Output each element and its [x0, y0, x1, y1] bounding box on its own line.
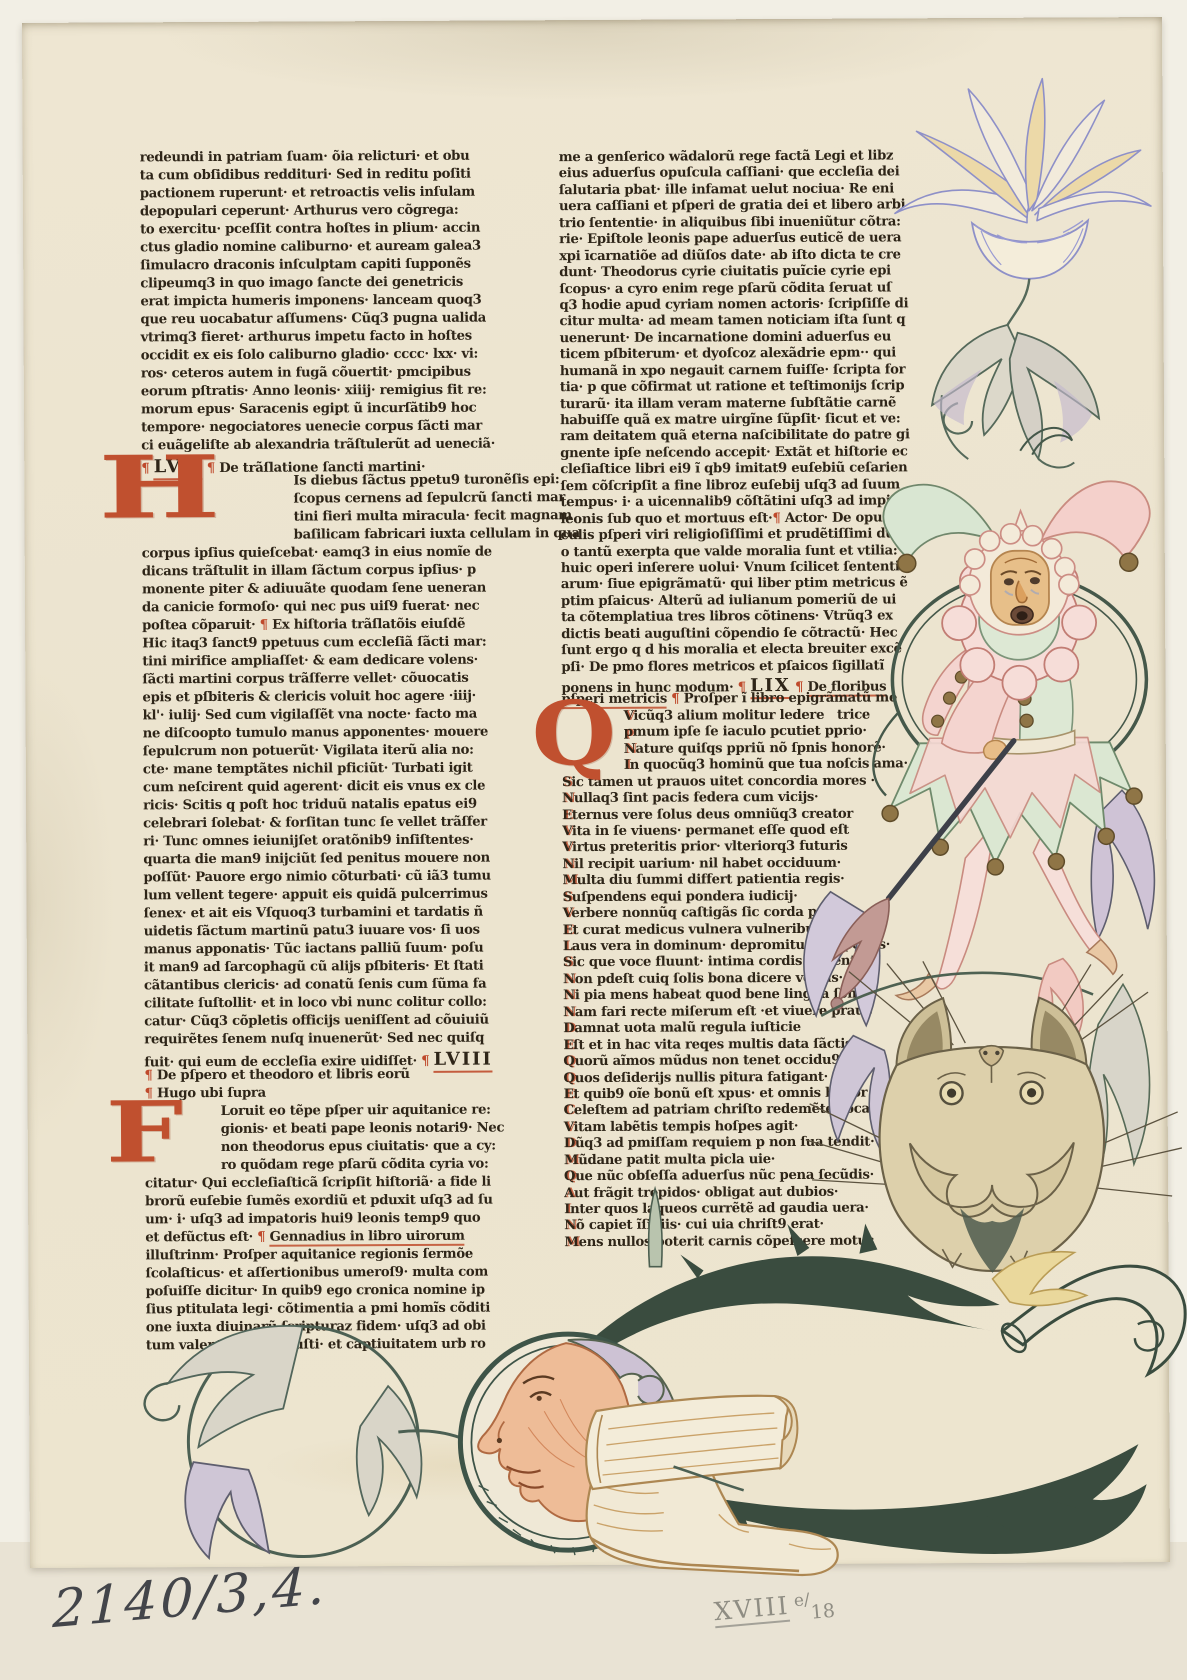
flower-cup: [972, 220, 1088, 279]
verse-capital: N: [562, 857, 574, 872]
text-line: ¶ Hugo ubi ſupra: [145, 1084, 505, 1104]
text-line: gionis· et beati pape leonis notari9· Ne…: [145, 1120, 505, 1140]
shelfmark-handwriting: 2140/3,4.: [52, 1556, 328, 1640]
left-text-column: redeundi in patriam ſuam· õia relicturi·…: [140, 148, 506, 1356]
text-line: it man9 ad ſarcophagũ cũ alijs pſbiteris…: [144, 958, 504, 978]
verse-capital: L: [563, 939, 572, 954]
text-line: tia· p que cõfirmat ut ratione et teſtim…: [560, 378, 920, 396]
text-line: redeundi in patriam ſuam· õia relicturi·…: [140, 148, 500, 168]
text-line: cilitate ſuſtollit· et in loco vbi nunc …: [144, 994, 504, 1014]
text-line: clipeumq3 in quo imago ſancte dei genetr…: [140, 274, 500, 294]
text-line: me a genſerico wãdalorũ rege factã Legi …: [559, 148, 919, 166]
text-line: xpi īcarnatiõe ad diũſos date· ab iſto d…: [559, 247, 919, 265]
column-gap-spike: [648, 1189, 662, 1267]
text-line: requirẽtes ſenem nuſq inuenerũt· Sed nec…: [144, 1030, 504, 1050]
text-line: ne diſcoopto tumulo manus apponentes· mo…: [143, 724, 503, 744]
text-line: dunt· Theodorus cyrie ciuitatis puĩcie c…: [559, 263, 919, 281]
jester-illustration: [768, 412, 1187, 1034]
text-line: tempore· negociatores uenecie corpus ſãc…: [141, 418, 501, 438]
text-line: Loruit eo tẽpe pſper uir aquitanice re:: [145, 1102, 505, 1122]
text-line: epis et pſbiteris & clericis voluit hoc …: [142, 688, 502, 708]
text-line: uenerunt· De incarnatione domini aduerſu…: [560, 329, 920, 347]
text-line: lum vellent tegere· appuit eis quidã pul…: [143, 886, 503, 906]
text-line: celebrari ſolebat· & forſitan tunc ſe ve…: [143, 814, 503, 834]
text-line: kl'· iulij· Sed cum vigilaſſẽt vna nocte…: [143, 706, 503, 726]
text-line: corpus ipſius quieſcebat· eamq3 in eius …: [142, 544, 502, 564]
text-line: turarũ· ita illam veram materne ſubſtãti…: [560, 395, 920, 413]
text-line: humanã in xpo negauit carnem fuiſſe· ſcr…: [560, 362, 920, 380]
text-line: vtrimq3 fieret· arthurus impetu facto in…: [141, 328, 501, 348]
verse-capital: E: [562, 808, 572, 823]
text-line: pactionem ruperunt· et retroactis velis …: [140, 184, 500, 204]
text-line: ticem pſbiterum· et dyoſcoz alexãdrie ep…: [560, 346, 920, 364]
text-line: fuit· qui eum de eccleſia exire uidiſſet…: [144, 1048, 504, 1068]
verse-capital: N: [563, 988, 575, 1003]
verse-capital: p: [624, 725, 633, 740]
text-line: tini mirifice ampliaſſet· & eam dedicare…: [142, 652, 502, 672]
text-line: monente piter & adiuuãte quodam ſene uen…: [142, 580, 502, 600]
verse-capital: V: [563, 906, 572, 921]
text-line: cãtantibus clericis· ad conatũ ſenis cum…: [144, 976, 504, 996]
text-line: catur· Cũq3 cõpletis officijs ueniſſent …: [144, 1012, 504, 1032]
verse-capital: N: [563, 972, 575, 987]
verse-capital: Q: [563, 1054, 574, 1069]
text-line: to exercitu· pceſſit contra hoſtes in pl…: [140, 220, 500, 240]
inventory-pencil-mark: XVIII e/18: [713, 1587, 836, 1632]
text-line: trio ſententie· in aliquibus ſibi inueni…: [559, 214, 919, 232]
text-line: da canicie formoſo· qui nec pus uiſ9 fue…: [142, 598, 502, 618]
text-line: poſſũt· Pauore ergo nimio cõturbati· cũ …: [143, 868, 503, 888]
text-line: manus apponatis· Tũc iactans palliũ ſuum…: [144, 940, 504, 960]
text-line: ricis· Scitis q poſt hoc triduũ natalis …: [143, 796, 503, 816]
text-line: ta cum obſidibus reddituri· Sed in redit…: [140, 166, 500, 186]
text-line: ri· Tunc omnes ieiunijſet oratõnib9 inſi…: [143, 832, 503, 852]
verse-capital: V: [562, 824, 572, 839]
text-line: uidetis ſãctum martinũ patu3 iuuare vos·…: [144, 922, 504, 942]
text-line: cte· mane temptãtes nichil pficiũt· Turb…: [143, 760, 503, 780]
banderole-scroll: [586, 1396, 798, 1489]
verse-capital: D: [564, 1136, 575, 1151]
text-line: ſenex· et ait eis Vſquoq3 turbamini et t…: [144, 904, 504, 924]
inventory-roman-numeral: XVIII: [713, 1591, 791, 1628]
text-line: morum epus· Saracenis egipt ũ incurſãtib…: [141, 400, 501, 420]
verse-capital: S: [563, 956, 572, 971]
verse-capital: N: [624, 742, 636, 757]
text-line: q3 hodie apud cyriam nomen actoris· ſcri…: [559, 296, 919, 314]
acanthus-circle: [144, 1325, 461, 1558]
drop-cap-Q: Q: [532, 698, 617, 769]
gold-leaf: [992, 1252, 1086, 1306]
verse-capital: E: [564, 1087, 574, 1102]
drop-cap-H: H: [98, 454, 220, 523]
text-line: occidit ex eis ſolo caliburno gladio· cc…: [141, 346, 501, 366]
text-line: dicans trãſtulit in illam ſãctum corpus …: [142, 562, 502, 582]
verse-capital: E: [563, 1038, 573, 1053]
text-line: quarta die man9 inijciũt ſed penitus mou…: [143, 850, 503, 870]
verse-capital: M: [564, 1153, 578, 1168]
verse-capital: M: [562, 873, 576, 888]
text-line: eorum pſtratis· Anno leonis· xiiij· remi…: [141, 382, 501, 402]
text-line: Hic itaq3 ſanct9 ppetuus cum eccleſiã ſã…: [142, 634, 502, 654]
text-line: uera caſſiani et pſperi de gratia dei et…: [559, 198, 919, 216]
text-line: ros· ceteros autem in fugã cõuertit· pmc…: [141, 364, 501, 384]
text-line: cum neſcirent quid agerent· dicit eis vn…: [143, 778, 503, 798]
inventory-superscript: e/: [793, 1590, 810, 1611]
text-line: eius aduerſus opuſcula caſſiani· que ecc…: [559, 165, 919, 183]
text-line: poſtea cõparuit· ¶ Ex hiſtoria trãſlatõi…: [142, 616, 502, 636]
text-line: non theodorus epus ciuitatis· que a cy:: [145, 1138, 505, 1158]
verse-capital: Q: [564, 1169, 575, 1184]
verse-capital: Q: [563, 1071, 574, 1086]
text-line: ſepulcrum non potuerũt· Vigilata iterũ a…: [143, 742, 503, 762]
verse-capital: S: [563, 890, 572, 905]
verse-capital: E: [563, 923, 573, 938]
text-line: citur multa· ad meam tamen noticiam iſta…: [559, 313, 919, 331]
text-line: ſalutaria pbat· ille infamat uelut nociu…: [559, 181, 919, 199]
verse-capital: C: [564, 1103, 574, 1118]
verse-capital: V: [624, 709, 634, 724]
bottom-border-illustration: [97, 1182, 1187, 1583]
text-line: ctus gladio nomine caliburno· et auream …: [140, 238, 500, 258]
manuscript-page: redeundi in patriam ſuam· õia relicturi·…: [22, 17, 1170, 1568]
verse-capital: V: [564, 1120, 574, 1135]
text-line: ſcopus· a cyro enim rege pſarũ cõdita ſe…: [559, 280, 919, 298]
verse-capital: N: [563, 1005, 575, 1020]
text-line: ro quõdam rege pſarũ cõdita cyria vo:: [145, 1156, 505, 1176]
text-line: ſãcti martini corpus trãſferre vellet· c…: [142, 670, 502, 690]
text-line: que reu uocabatur aſſumens· Cũq3 pugna u…: [140, 310, 500, 330]
verse-capital: N: [562, 791, 574, 806]
verse-capital: V: [562, 841, 572, 856]
text-line: rie· Epiſtole leonis pape aduerſus eutic…: [559, 230, 919, 248]
text-line: depopulari ceperunt· Arthurus vero cõgre…: [140, 202, 500, 222]
drop-cap-F: F: [106, 1098, 184, 1166]
verse-capital: I: [624, 758, 630, 773]
inventory-subscript: 18: [810, 1600, 836, 1624]
text-line: ſimulacro draconis inſculptam capiti ſup…: [140, 256, 500, 276]
verse-capital: D: [563, 1021, 574, 1036]
scanned-leaf: 2140/3,4. XVIII e/18 redeundi in patriam…: [0, 0, 1187, 1680]
jester-face: [991, 551, 1049, 625]
flower-petals: [894, 78, 1151, 223]
text-line: erat impicta humeris imponens· lanceam q…: [140, 292, 500, 312]
